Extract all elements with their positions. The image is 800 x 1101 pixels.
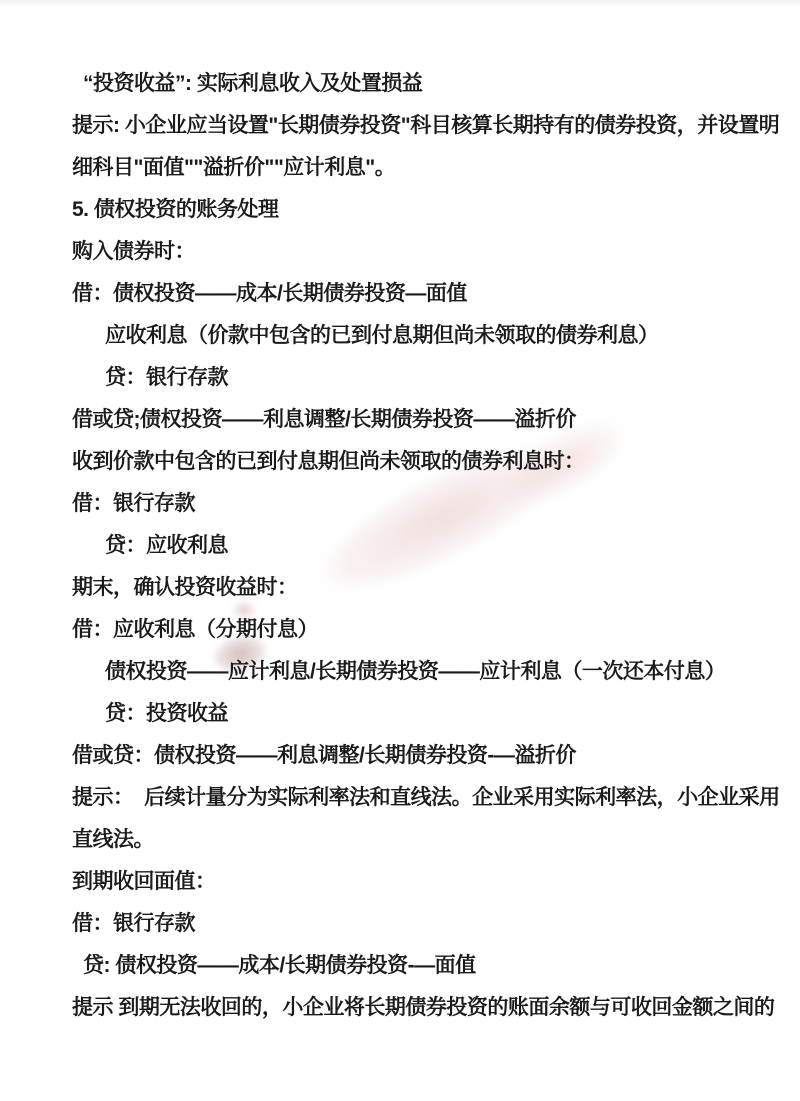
doc-line-21: 借：银行存款 xyxy=(72,903,760,945)
doc-line-13: 期末，确认投资收益时： xyxy=(72,567,760,609)
doc-line-2: 提示: 小企业应当设置"长期债券投资"科目核算长期持有的债券投资，并设置明 xyxy=(72,105,760,147)
doc-line-7: 应收利息（价款中包含的已到付息期但尚未领取的债券利息） xyxy=(105,315,760,357)
doc-line-16: 贷：投资收益 xyxy=(105,693,760,735)
doc-line-11: 借：银行存款 xyxy=(72,483,760,525)
doc-line-5: 购入债券时： xyxy=(72,231,760,273)
doc-line-4: 5. 债权投资的账务处理 xyxy=(72,189,760,231)
doc-line-17: 借或贷：债权投资——利息调整/长期债券投资-—溢折价 xyxy=(72,735,760,777)
doc-line-1: “投资收益”: 实际利息收入及处置损益 xyxy=(83,63,760,105)
doc-line-12: 贷：应收利息 xyxy=(105,525,760,567)
notes-text-block: “投资收益”: 实际利息收入及处置损益提示: 小企业应当设置"长期债券投资"科目… xyxy=(72,63,760,1029)
doc-line-14: 借：应收利息（分期付息） xyxy=(72,609,760,651)
doc-line-8: 贷：银行存款 xyxy=(105,357,760,399)
doc-line-3: 细科目"面值""溢折价""应计利息"。 xyxy=(72,147,760,189)
page-top-edge-shade xyxy=(0,0,800,8)
doc-line-10: 收到价款中包含的已到付息期但尚未领取的债券利息时： xyxy=(72,441,760,483)
doc-line-19: 直线法。 xyxy=(72,819,760,861)
doc-line-6: 借：债权投资——成本/长期债券投资—面值 xyxy=(72,273,760,315)
document-page: “投资收益”: 实际利息收入及处置损益提示: 小企业应当设置"长期债券投资"科目… xyxy=(0,0,800,1101)
doc-line-15: 债权投资——应计利息/长期债券投资——应计利息（一次还本付息） xyxy=(105,651,760,693)
doc-line-20: 到期收回面值： xyxy=(72,861,760,903)
doc-line-9: 借或贷;债权投资——利息调整/长期债券投资——溢折价 xyxy=(72,399,760,441)
doc-line-22: 贷: 债权投资——成本/长期债券投资-—面值 xyxy=(83,945,760,987)
doc-line-23: 提示 到期无法收回的，小企业将长期债券投资的账面余额与可收回金额之间的 xyxy=(72,987,760,1029)
doc-line-18: 提示： 后续计量分为实际利率法和直线法。企业采用实际利率法，小企业采用 xyxy=(72,777,760,819)
